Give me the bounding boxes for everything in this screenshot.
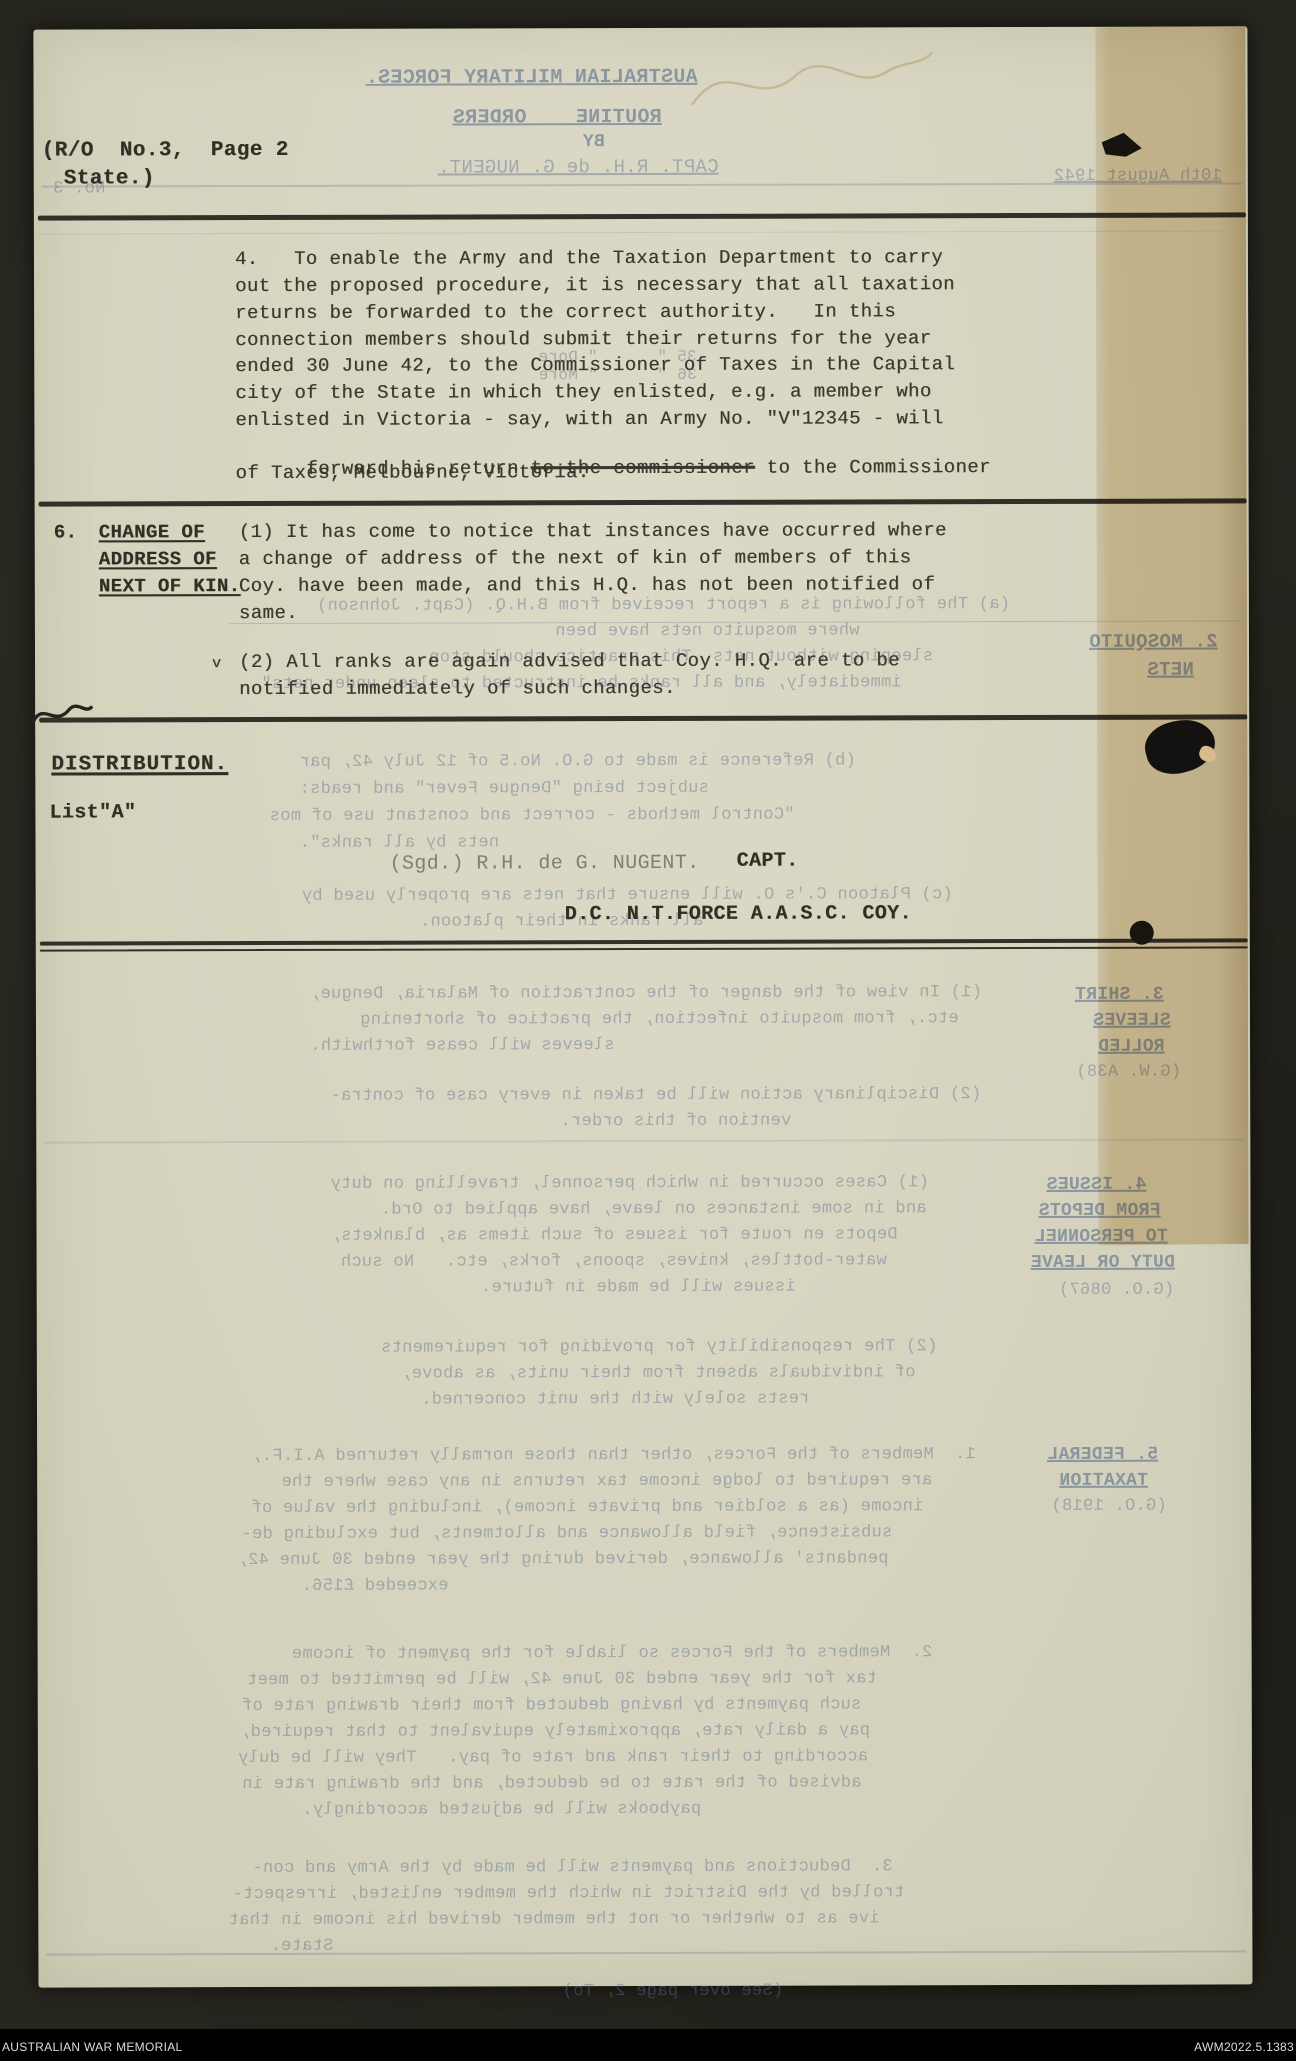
bleedthrough-text: (1) In view of the danger of the contrac… (310, 983, 982, 1004)
bleedthrough-text: such payments by having deducted from th… (242, 1695, 862, 1716)
archive-source-label: AUSTRALIAN WAR MEMORIAL (2, 2040, 182, 2054)
bleed-rule (44, 1138, 1244, 1143)
bleedthrough-text: water-bottles, knives, spoons, forks, et… (341, 1251, 887, 1271)
bleedthrough-text: (b) Reference is made to G.O. No.5 of 12… (299, 751, 856, 771)
bleedthrough-text: 5. FEDERAL (1047, 1445, 1158, 1465)
section6-heading-line: ADDRESS OF (99, 548, 217, 570)
pencil-scribble (687, 41, 937, 132)
bleedthrough-text: tax for the year ended 30 June 42, will … (247, 1669, 877, 1690)
bleedthrough-text: "Control methods - correct and constant … (269, 806, 794, 826)
bleedthrough-text: sleeves will cease forthwith. (310, 1036, 615, 1056)
bleedthrough-text: BY (583, 132, 605, 152)
bleedthrough-layer: AUSTRALIAN MILITARY FORCES.ROUTINE ORDER… (0, 0, 1293, 2)
section6-para1-line: (1) It has come to notice that instances… (239, 519, 947, 543)
bleedthrough-text: (See over page 2, To) (562, 1982, 783, 2002)
bleedthrough-text: AUSTRALIAN MILITARY FORCES. (365, 66, 697, 90)
bleedthrough-text: (a) The following is a report received f… (317, 595, 1010, 616)
bleedthrough-text: vention of this order. (560, 1112, 791, 1132)
page-reference-line2: State.) (64, 167, 155, 190)
bleedthrough-text: (2) The responsibility for providing for… (381, 1337, 938, 1357)
signature-rank: CAPT. (737, 850, 799, 873)
section6-para1-line: a change of address of the next of kin o… (239, 546, 912, 570)
bleedthrough-text: (2) Disciplinary action will be taken in… (330, 1085, 981, 1106)
bleedthrough-text: according to their rank and rate of pay.… (238, 1747, 868, 1768)
bleedthrough-text: DUTY OR LEAVE (1031, 1253, 1175, 1273)
bleedthrough-text: advised of the rate to be deducted, and … (242, 1773, 862, 1794)
bleedthrough-text: 3. Deductions and payments will be made … (252, 1857, 893, 1878)
punch-hole (1130, 921, 1154, 945)
bleedthrough-text: rests solely with the unit concerned. (421, 1390, 810, 1410)
bleedthrough-text: income (as a soldier and private income)… (251, 1497, 923, 1518)
bleedthrough-text: 1. Members of the Forces, other than tho… (251, 1445, 976, 1466)
bleedthrough-text: exceeded £156. (301, 1577, 448, 1596)
paragraph4-line: city of the State in which they enlisted… (235, 380, 931, 404)
tape-strip (1095, 26, 1248, 1245)
distribution-list: List"A" (49, 801, 136, 824)
bleedthrough-text: (G.O. 0867) (1059, 1281, 1175, 1300)
bleedthrough-text: ive as to whether or not the member deri… (228, 1909, 879, 1930)
bleedthrough-text: issues will be made in future. (481, 1278, 796, 1298)
section6-heading-line: NEXT OF KIN. (99, 575, 241, 597)
paragraph4-line: returns be forwarded to the correct auth… (235, 300, 896, 324)
paragraph4-line: connection members should submit their r… (235, 327, 931, 351)
bleed-rule (42, 230, 1222, 234)
strike-suffix: to the Commissioner (755, 456, 991, 479)
bleedthrough-text: TAXATION (1059, 1471, 1148, 1491)
paragraph4-line: 4. To enable the Army and the Taxation D… (235, 246, 943, 270)
pen-mark (27, 697, 97, 731)
bleedthrough-text: CAPT. R.H. de G. NUGENT. (438, 156, 719, 179)
bleedthrough-text: nets by all ranks". (299, 833, 499, 853)
archive-id-label: AWM2022.5.1383 (1194, 2040, 1294, 2054)
page-reference-line1: (R/O No.3, Page 2 (42, 139, 289, 163)
paragraph4-line: out the proposed procedure, it is necess… (235, 273, 955, 297)
section6-para2-line: notified immediately of such changes. (239, 677, 676, 700)
bleedthrough-text: paybooks will be adjusted accordingly. (302, 1800, 701, 1820)
bleedthrough-text: ROUTINE ORDERS (453, 106, 662, 130)
horizontal-rule (39, 714, 1247, 722)
horizontal-rule (38, 212, 1246, 220)
paragraph4-line: ended 30 June 42, to the Commissioner of… (235, 353, 955, 377)
paragraph4-line: enlisted in Victoria - say, with an Army… (235, 407, 943, 431)
bleedthrough-text: Depots en route for issues of such items… (331, 1225, 898, 1245)
scanned-document: AUSTRALIAN MILITARY FORCES.ROUTINE ORDER… (0, 0, 1296, 2061)
bleedthrough-text: are required to lodge income tax returns… (281, 1471, 932, 1492)
double-rule-top (40, 938, 1248, 945)
bleedthrough-text: (G.O. 1918) (1051, 1497, 1167, 1516)
bleedthrough-text: pay a daily rate, approximately equivale… (240, 1721, 870, 1742)
check-mark: v (212, 655, 221, 672)
bleedthrough-text: and in some instances on leave, have app… (380, 1199, 926, 1219)
section6-para2-line: (2) All ranks are again advised that Coy… (239, 649, 900, 673)
section6-heading-line: CHANGE OF (99, 521, 205, 543)
bleedthrough-text: trolled by the District in which the mem… (232, 1883, 904, 1904)
signature-unit: D.C. N.T.FORCE A.A.S.C. COY. (565, 902, 912, 926)
double-rule-bottom (40, 946, 1248, 951)
bleedthrough-text: (1) Cases occurred in which personnel, t… (330, 1173, 929, 1194)
section6-para1-line: same. (239, 602, 298, 624)
horizontal-rule (39, 498, 1247, 506)
bleedthrough-text: of individuals absent from their units, … (401, 1363, 916, 1383)
section6-number: 6. (54, 521, 78, 543)
bleedthrough-text: where mosquito nets have been (555, 621, 860, 641)
bleedthrough-text: pendants' allowance, derived during the … (237, 1549, 888, 1570)
bleed-rule (46, 1950, 1246, 1955)
section6-para1-line: Coy. have been made, and this H.Q. has n… (239, 573, 935, 597)
bleedthrough-text: subsistence, field allowance and allotme… (241, 1523, 892, 1544)
archive-footer-bar: AUSTRALIAN WAR MEMORIAL AWM2022.5.1383 (0, 2029, 1296, 2061)
bleedthrough-text: 2. Members of the Forces so liable for t… (292, 1643, 933, 1664)
signature-sgd: (Sgd.) R.H. de G. NUGENT. (390, 852, 700, 876)
distribution-title: DISTRIBUTION. (51, 753, 228, 776)
paragraph4-line: of Taxes, Melbourne, Victoria. (236, 461, 590, 484)
bleedthrough-text: etc., from mosquito infection, the pract… (360, 1009, 959, 1030)
bleedthrough-text: subject being "Dengue Fever" and reads: (299, 779, 709, 799)
